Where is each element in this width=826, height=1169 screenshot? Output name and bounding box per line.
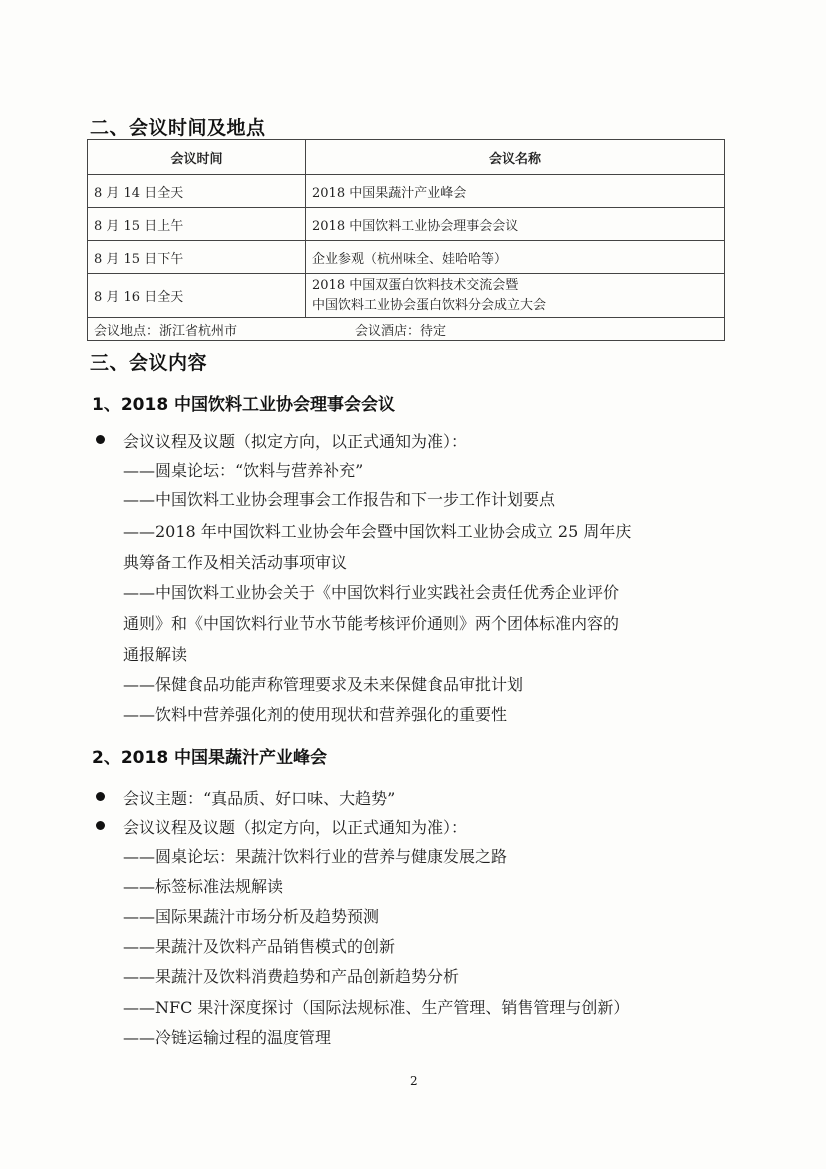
part1-title: 1、2018 中国饮料工业协会理事会会议: [92, 390, 395, 415]
table-row: 8 月 15 日下午 企业参观（杭州味全、娃哈哈等）: [88, 241, 725, 274]
section-title-time-location: 二、会议时间及地点: [90, 113, 266, 140]
meeting-location: 会议地点：浙江省杭州市: [94, 320, 355, 339]
agenda-line: ——饮料中营养强化剂的使用现状和营养强化的重要性: [123, 700, 507, 729]
cell-time: 8 月 15 日下午: [88, 241, 306, 274]
cell-time: 8 月 15 日上午: [88, 208, 306, 241]
agenda-line: ——圆桌论坛：果蔬汁饮料行业的营养与健康发展之路: [123, 842, 507, 871]
table-row: 8 月 14 日全天 2018 中国果蔬汁产业峰会: [88, 175, 725, 208]
table-footer-row: 会议地点：浙江省杭州市 会议酒店：待定: [88, 318, 725, 341]
part2-title: 2、2018 中国果蔬汁产业峰会: [92, 743, 327, 768]
schedule-table: 会议时间 会议名称 8 月 14 日全天 2018 中国果蔬汁产业峰会 8 月 …: [87, 139, 725, 341]
agenda-line: ——标签标准法规解读: [123, 872, 283, 901]
cell-name: 企业参观（杭州味全、娃哈哈等）: [306, 241, 725, 274]
agenda-line: ——冷链运输过程的温度管理: [123, 1023, 331, 1052]
bullet-dot-icon: [96, 792, 105, 801]
agenda-line: ——果蔬汁及饮料消费趋势和产品创新趋势分析: [123, 962, 459, 991]
agenda-line: ——中国饮料工业协会理事会工作报告和下一步工作计划要点: [123, 485, 555, 514]
bullet-item: 会议议程及议题（拟定方向，以正式通知为准）：: [96, 813, 467, 842]
table-row: 8 月 16 日全天 2018 中国双蛋白饮料技术交流会暨 中国饮料工业协会蛋白…: [88, 274, 725, 318]
cell-name-line: 中国饮料工业协会蛋白饮料分会成立大会: [312, 296, 718, 316]
agenda-line: ——果蔬汁及饮料产品销售模式的创新: [123, 932, 395, 961]
cell-name: 2018 中国果蔬汁产业峰会: [306, 175, 725, 208]
agenda-line: 通则》和《中国饮料行业节水节能考核评价通则》两个团体标准内容的: [123, 609, 619, 638]
section-title-content: 三、会议内容: [90, 348, 207, 375]
table-row: 8 月 15 日上午 2018 中国饮料工业协会理事会会议: [88, 208, 725, 241]
agenda-line: ——国际果蔬汁市场分析及趋势预测: [123, 902, 379, 931]
column-header-name: 会议名称: [306, 140, 725, 175]
agenda-line: 典筹备工作及相关活动事项审议: [123, 548, 347, 577]
bullet-dot-icon: [96, 435, 105, 444]
bullet-item: 会议议程及议题（拟定方向，以正式通知为准）：: [96, 427, 467, 456]
meeting-hotel: 会议酒店：待定: [355, 320, 446, 339]
bullet-item: 会议主题：“真品质、好口味、大趋势”: [96, 784, 395, 813]
cell-time: 8 月 16 日全天: [88, 274, 306, 318]
page-number: 2: [410, 1074, 418, 1088]
cell-name: 2018 中国双蛋白饮料技术交流会暨 中国饮料工业协会蛋白饮料分会成立大会: [306, 274, 725, 318]
agenda-line: ——中国饮料工业协会关于《中国饮料行业实践社会责任优秀企业评价: [123, 578, 619, 607]
agenda-line: ——2018 年中国饮料工业协会年会暨中国饮料工业协会成立 25 周年庆: [123, 517, 631, 546]
cell-name: 2018 中国饮料工业协会理事会会议: [306, 208, 725, 241]
column-header-time: 会议时间: [88, 140, 306, 175]
agenda-line: ——保健食品功能声称管理要求及未来保健食品审批计划: [123, 670, 523, 699]
cell-time: 8 月 14 日全天: [88, 175, 306, 208]
bullet-dot-icon: [96, 821, 105, 830]
agenda-line: ——NFC 果汁深度探讨（国际法规标准、生产管理、销售管理与创新）: [123, 993, 629, 1022]
cell-name-line: 2018 中国双蛋白饮料技术交流会暨: [312, 276, 718, 296]
agenda-line: 通报解读: [123, 640, 187, 669]
agenda-line: ——圆桌论坛：“饮料与营养补充”: [123, 456, 363, 485]
